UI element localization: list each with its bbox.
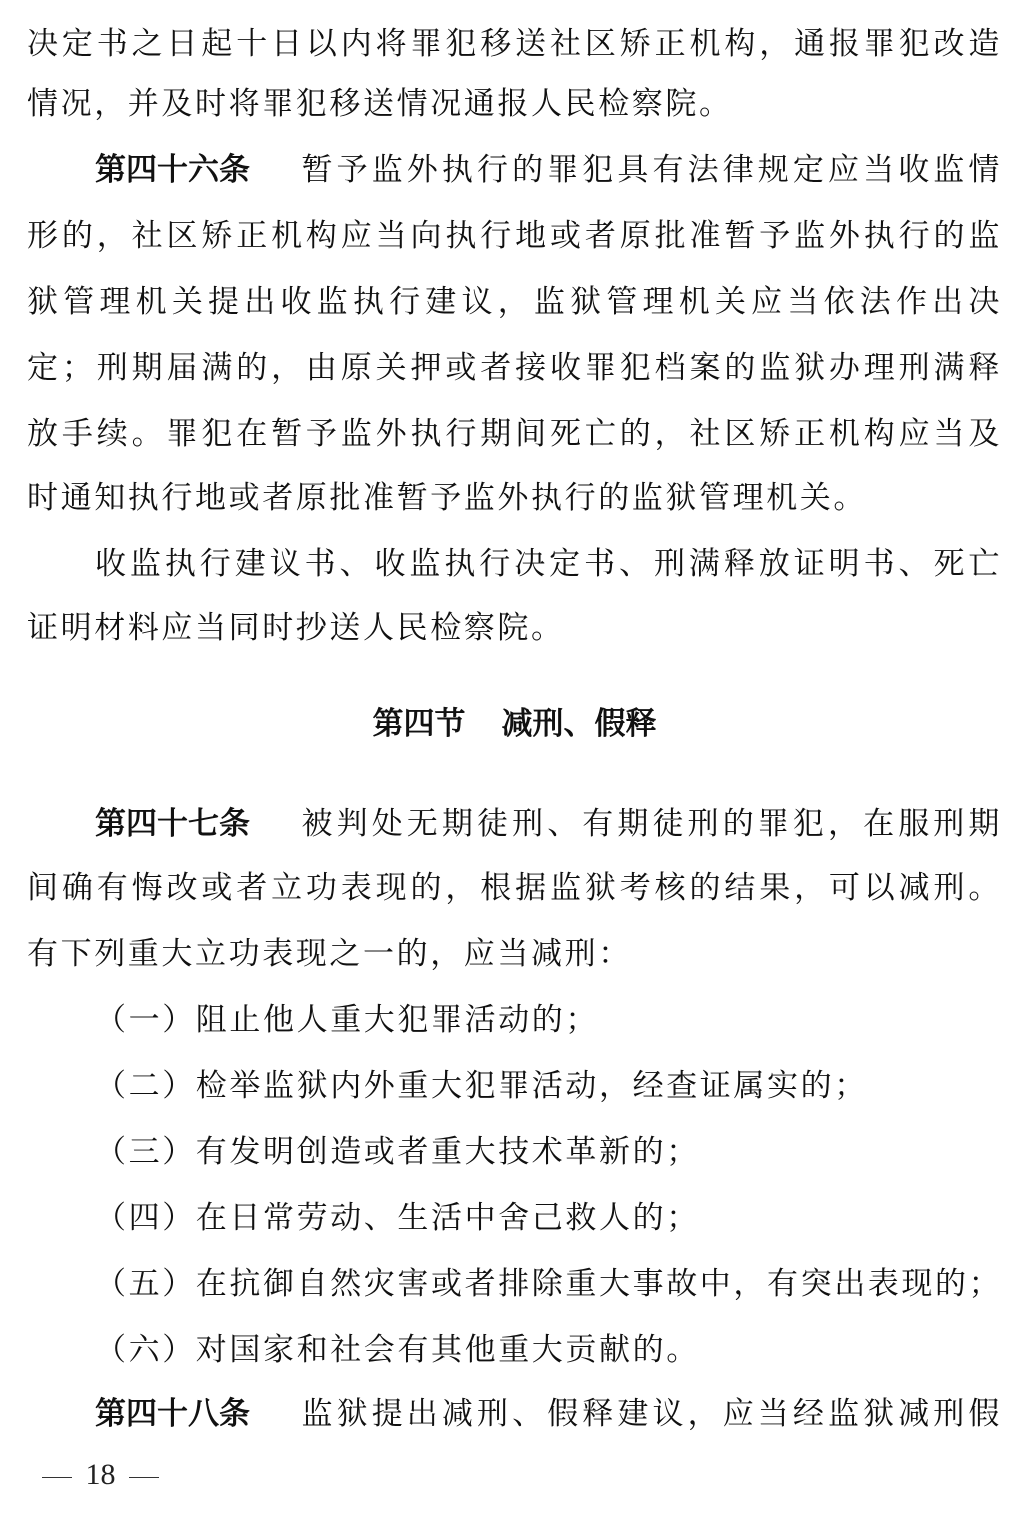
article-47-first-line: 第四十七条被判处无期徒刑、有期徒刑的罪犯，在服刑期 bbox=[27, 802, 1002, 846]
section-title: 第四节减刑、假释 bbox=[27, 702, 1002, 746]
list-item: （一）阻止他人重大犯罪活动的； bbox=[27, 998, 1002, 1042]
paragraph-line: 决定书之日起十日以内将罪犯移送社区矫正机构，通报罪犯改造 bbox=[27, 22, 1002, 66]
list-item: （四）在日常劳动、生活中舍己救人的； bbox=[27, 1196, 1002, 1240]
article-47-text: 被判处无期徒刑、有期徒刑的罪犯，在服刑期 bbox=[300, 806, 1002, 842]
paragraph-line: 有下列重大立功表现之一的，应当减刑： bbox=[27, 932, 1002, 976]
list-item: （二）检举监狱内外重大犯罪活动，经查证属实的； bbox=[27, 1064, 1002, 1108]
article-48-heading: 第四十八条 bbox=[95, 1392, 300, 1436]
paragraph-line: 间确有悔改或者立功表现的，根据监狱考核的结果，可以减刑。 bbox=[27, 866, 1002, 910]
footer-dash-left bbox=[42, 1477, 72, 1478]
paragraph-line: 狱管理机关提出收监执行建议，监狱管理机关应当依法作出决 bbox=[27, 280, 1002, 324]
paragraph-line: 证明材料应当同时抄送人民检察院。 bbox=[27, 606, 1002, 650]
list-item: （六）对国家和社会有其他重大贡献的。 bbox=[27, 1328, 1002, 1372]
page-number: 18 bbox=[86, 1458, 116, 1491]
paragraph-line: 放手续。罪犯在暂予监外执行期间死亡的，社区矫正机构应当及 bbox=[27, 412, 1002, 456]
article-48-text: 监狱提出减刑、假释建议，应当经监狱减刑假 bbox=[300, 1396, 1002, 1432]
article-48-first-line: 第四十八条监狱提出减刑、假释建议，应当经监狱减刑假 bbox=[27, 1392, 1002, 1436]
page-footer: 18 bbox=[36, 1455, 165, 1495]
list-item: （五）在抗御自然灾害或者排除重大事故中，有突出表现的； bbox=[27, 1262, 1002, 1306]
article-46-first-line: 第四十六条暂予监外执行的罪犯具有法律规定应当收监情 bbox=[27, 148, 1002, 192]
article-46-text: 暂予监外执行的罪犯具有法律规定应当收监情 bbox=[300, 152, 1002, 188]
list-item: （三）有发明创造或者重大技术革新的； bbox=[27, 1130, 1002, 1174]
paragraph-line: 定；刑期届满的，由原关押或者接收罪犯档案的监狱办理刑满释 bbox=[27, 346, 1002, 390]
paragraph-line: 情况，并及时将罪犯移送情况通报人民检察院。 bbox=[27, 82, 1002, 126]
section-name: 减刑、假释 bbox=[502, 702, 657, 746]
footer-dash-right bbox=[129, 1477, 159, 1478]
article-46-heading: 第四十六条 bbox=[95, 148, 300, 192]
paragraph-line: 时通知执行地或者原批准暂予监外执行的监狱管理机关。 bbox=[27, 476, 1002, 520]
article-47-heading: 第四十七条 bbox=[95, 802, 300, 846]
section-number: 第四节 bbox=[373, 702, 466, 746]
paragraph-line: 收监执行建议书、收监执行决定书、刑满释放证明书、死亡 bbox=[27, 542, 1002, 586]
paragraph-line: 形的，社区矫正机构应当向执行地或者原批准暂予监外执行的监 bbox=[27, 214, 1002, 258]
